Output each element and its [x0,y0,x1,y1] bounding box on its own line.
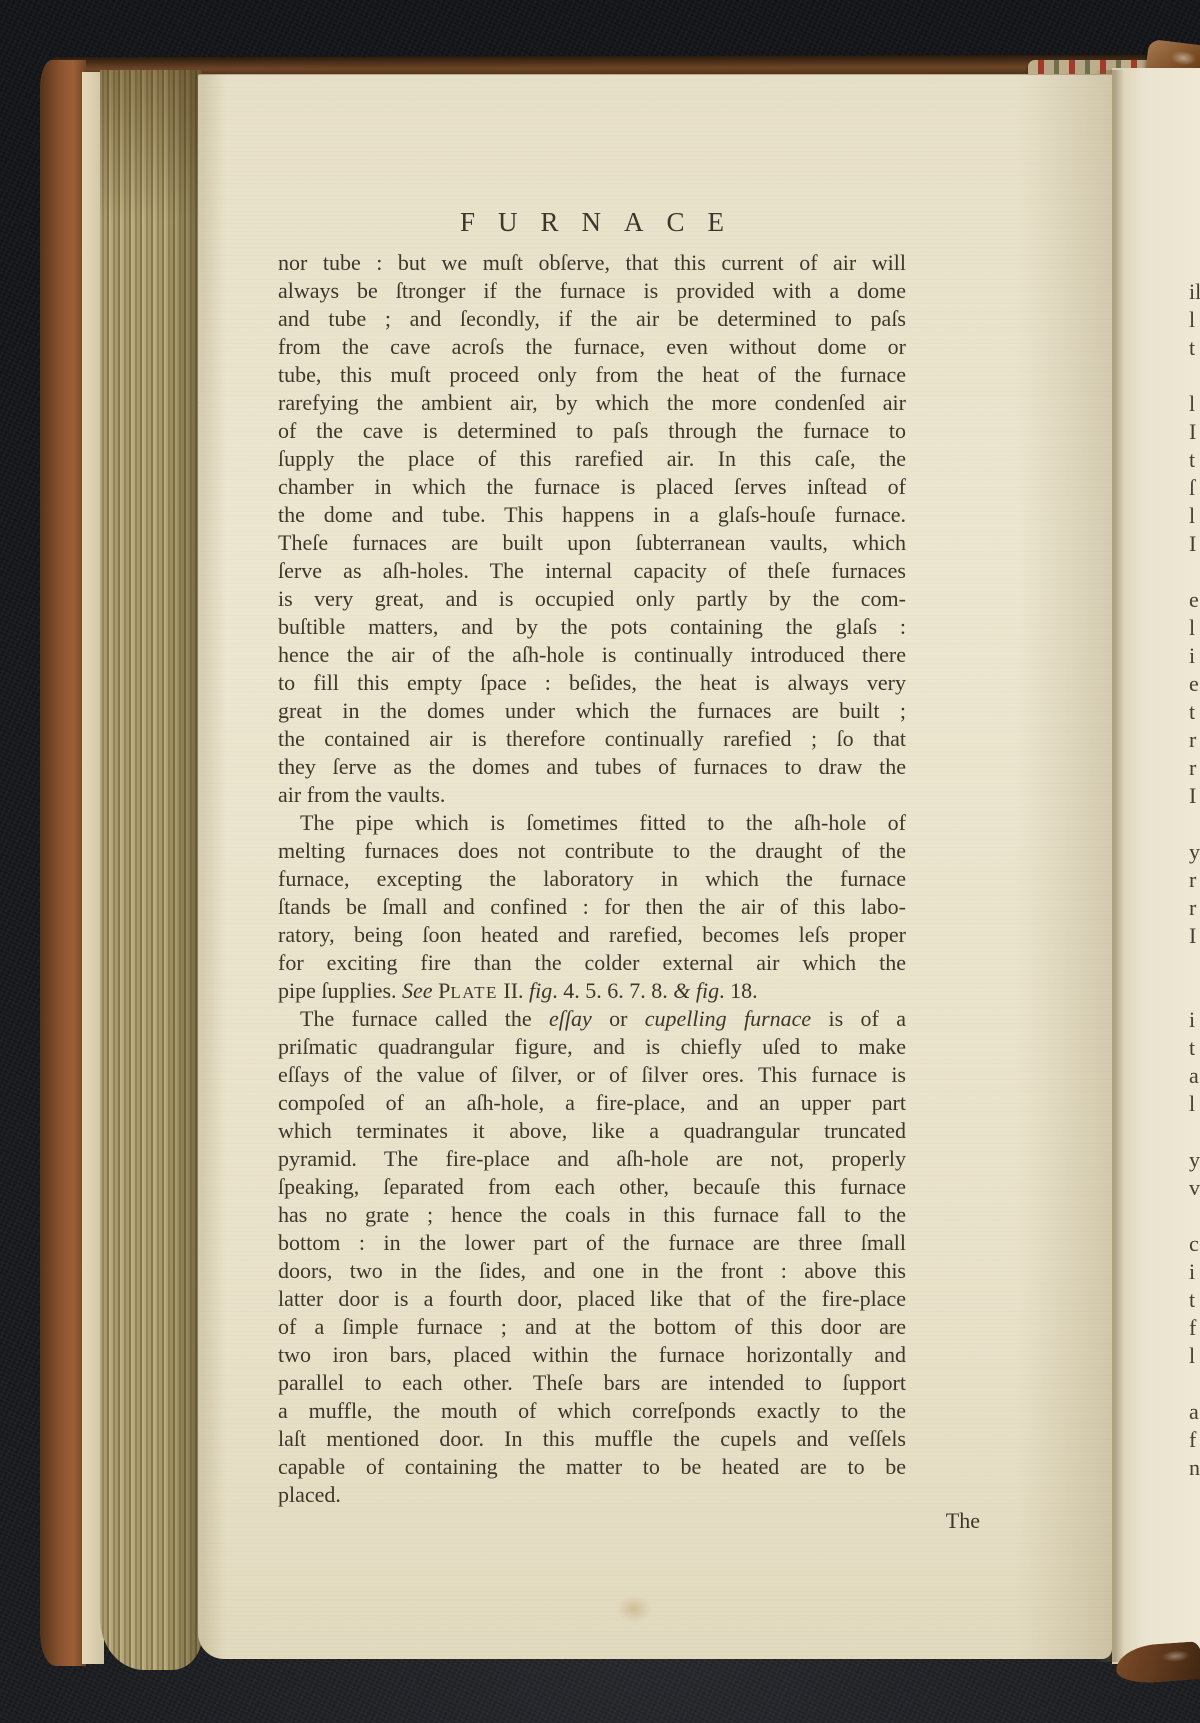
text-line: laſt mentioned door. In this muffle the … [278,1425,906,1453]
text-segment: pipe ſupplies. [278,978,402,1003]
text-fragment: i [1189,1258,1200,1286]
text-fragment: f [1189,1426,1200,1454]
text-line: furnace, excepting the laboratory in whi… [278,865,906,893]
text-line: which terminates it above, like a quadra… [278,1117,906,1145]
text-fragment [1189,1202,1200,1230]
text-fragment: y [1189,1146,1200,1174]
text-line: Theſe furnaces are built upon ſubterrane… [278,529,906,557]
text-fragment: l [1189,306,1200,334]
text-line: bottom : in the lower part of the furnac… [278,1229,906,1257]
text-line: of the cave is determined to paſs throug… [278,417,906,445]
text-fragment [1189,250,1200,278]
text-fragment: r [1189,894,1200,922]
text-fragment [1189,362,1200,390]
text-line: compoſed of an aſh-hole, a fire-place, a… [278,1089,906,1117]
text-segment: & fig [673,978,719,1003]
text-line: ſpeaking, ſeparated from each other, bec… [278,1173,906,1201]
text-fragment: a [1189,1398,1200,1426]
next-page-text-fragments: illtlItſlIelietrrIyrrIitalyvcitflafn [1186,250,1200,1550]
text-segment: P [438,978,450,1003]
page-header: FURNACE [278,207,906,238]
text-fragment: I [1189,782,1200,810]
text-line: nor tube : but we muſt obſerve, that thi… [278,249,906,277]
text-block: nor tube : but we muſt obſerve, that thi… [278,249,906,1509]
text-line: great in the domes under which the furna… [278,697,906,725]
text-fragment: y [1189,838,1200,866]
text-fragment: t [1189,334,1200,362]
text-fragment: t [1189,1034,1200,1062]
text-fragment: i [1189,642,1200,670]
text-fragment [1189,1370,1200,1398]
text-line: placed. [278,1481,906,1509]
text-fragment: f [1189,1314,1200,1342]
text-line: a muffle, the mouth of which correſponds… [278,1397,906,1425]
text-fragment: l [1189,614,1200,642]
text-fragment: v [1189,1174,1200,1202]
text-line: The furnace called the eſſay or cupellin… [278,1005,906,1033]
text-line: of a ſimple furnace ; and at the bottom … [278,1313,906,1341]
text-segment: . 18. [719,978,758,1003]
text-line: and tube ; and ſecondly, if the air be d… [278,305,906,333]
text-line: for exciting fire than the colder extern… [278,949,906,977]
text-line: air from the vaults. [278,781,906,809]
text-fragment [1189,950,1200,978]
catchword: The [278,1507,980,1535]
text-line: buſtible matters, and by the pots contai… [278,613,906,641]
text-line: chamber in which the furnace is placed ſ… [278,473,906,501]
text-fragment: I [1189,530,1200,558]
text-line: ratory, being ſoon heated and rarefied, … [278,921,906,949]
text-fragment [1189,810,1200,838]
text-segment: . 4. 5. 6. 7. 8. [552,978,673,1003]
text-fragment: r [1189,754,1200,782]
photo-background: illtlItſlIelietrrIyrrIitalyvcitflafn FUR… [0,0,1200,1723]
text-line: doors, two in the ſides, and one in the … [278,1257,906,1285]
text-segment: The furnace called the [300,1006,549,1031]
page-block-fore-edge [100,70,202,1670]
text-fragment: I [1189,922,1200,950]
text-line: the contained air is therefore continual… [278,725,906,753]
text-line: rarefying the ambient air, by which the … [278,389,906,417]
text-fragment: l [1189,390,1200,418]
text-fragment [1189,558,1200,586]
text-fragment: e [1189,670,1200,698]
text-fragment: t [1189,698,1200,726]
text-fragment: c [1189,1230,1200,1258]
text-segment: LATE [450,983,498,1002]
text-fragment: e [1189,586,1200,614]
text-line: priſmatic quadrangular figure, and is ch… [278,1033,906,1061]
text-line: to fill this empty ſpace : beſides, the … [278,669,906,697]
text-fragment: I [1189,418,1200,446]
text-line: ſupply the place of this rarefied air. I… [278,445,906,473]
text-line: latter door is a fourth door, placed lik… [278,1285,906,1313]
text-segment: II. [498,978,529,1003]
text-line: two iron bars, placed within the furnace… [278,1341,906,1369]
text-line: they ſerve as the domes and tubes of fur… [278,753,906,781]
text-line: pipe ſupplies. See PLATE II. fig. 4. 5. … [278,977,906,1005]
text-line: from the cave acroſs the furnace, even w… [278,333,906,361]
text-segment: fig [529,978,552,1003]
text-fragment: t [1189,1286,1200,1314]
text-line: hence the air of the aſh-hole is continu… [278,641,906,669]
text-line: ſtands be ſmall and confined : for then … [278,893,906,921]
text-line: pyramid. The fire-place and aſh-hole are… [278,1145,906,1173]
text-line: parallel to each other. Theſe bars are i… [278,1369,906,1397]
text-fragment: i [1189,1006,1200,1034]
text-line: always be ſtronger if the furnace is pro… [278,277,906,305]
facing-page-sliver: illtlItſlIelietrrIyrrIitalyvcitflafn [1112,68,1200,1664]
text-fragment [1189,978,1200,1006]
text-fragment: a [1189,1062,1200,1090]
text-segment: See [402,978,438,1003]
text-fragment: l [1189,1090,1200,1118]
text-segment: or [592,1006,645,1031]
text-fragment: r [1189,726,1200,754]
text-fragment: ſ [1189,474,1200,502]
text-segment: cupelling furnace [645,1006,811,1031]
text-fragment: il [1189,278,1200,306]
text-segment: eſſay [549,1006,592,1031]
text-line: eſſays of the value of ſilver, or of ſil… [278,1061,906,1089]
text-fragment: t [1189,446,1200,474]
text-line: capable of containing the matter to be h… [278,1453,906,1481]
page: FURNACE nor tube : but we muſt obſerve, … [198,74,1112,1659]
text-line: tube, this muſt proceed only from the he… [278,361,906,389]
text-line: is very great, and is occupied only part… [278,585,906,613]
text-fragment: l [1189,1342,1200,1370]
text-line: ſerve as aſh-holes. The internal capacit… [278,557,906,585]
text-line: has no grate ; hence the coals in this f… [278,1201,906,1229]
text-fragment: n [1189,1454,1200,1482]
text-line: the dome and tube. This happens in a gla… [278,501,906,529]
text-segment: is of a [811,1006,906,1031]
text-line: melting furnaces does not contribute to … [278,837,906,865]
text-fragment: r [1189,866,1200,894]
book-cover-edge [40,60,86,1666]
text-fragment: l [1189,502,1200,530]
text-line: The pipe which is ſometimes fitted to th… [278,809,906,837]
text-fragment [1189,1118,1200,1146]
